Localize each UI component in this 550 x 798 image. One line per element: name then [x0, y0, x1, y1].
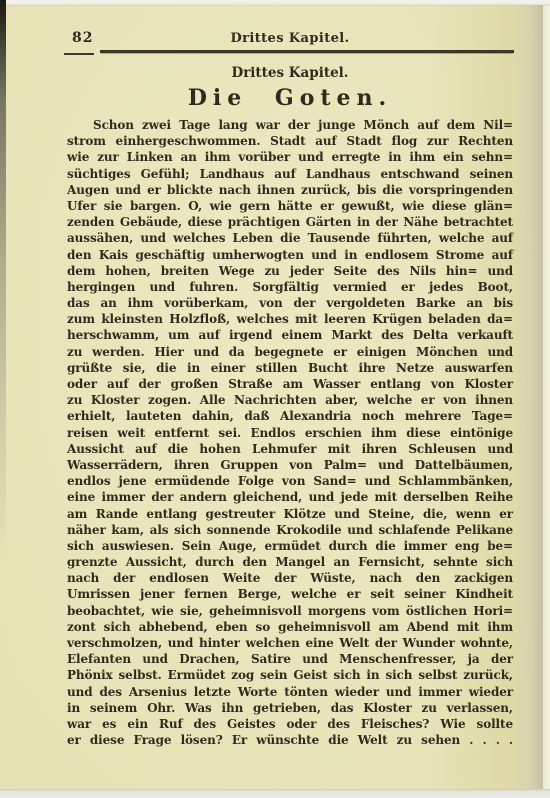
text-line: grenzte Aussicht, durch den Mangel an Fe…: [67, 554, 513, 570]
text-line: hergingen und fuhren. Sorgfältig vermied…: [67, 279, 513, 295]
scanned-book-page: { "colors": { "page_background": "#e9e6b…: [0, 0, 550, 798]
text-line: Augen und er blickte nach ihnen zurück, …: [67, 182, 513, 198]
text-line: süchtiges Gefühl; Landhaus auf Landhaus …: [67, 166, 513, 182]
text-line: Aussicht auf die hohen Lehmufer mit ihre…: [67, 441, 513, 457]
text-line: wie zur Linken an ihm vorüber und erregt…: [67, 149, 513, 165]
text-line: Umrissen jener fernen Berge, welche er s…: [67, 586, 513, 602]
text-line: Elefanten und Drachen, Satire und Mensch…: [67, 651, 513, 667]
scan-right-shadow: [513, 5, 543, 789]
text-line: zum kleinsten Holzfloß, welches mit leer…: [67, 311, 513, 327]
body-text: Schon zwei Tage lang war der junge Mönch…: [67, 117, 513, 748]
text-line: Schon zwei Tage lang war der junge Mönch…: [67, 117, 513, 133]
text-line: war es ein Ruf des Geistes oder des Flei…: [67, 716, 513, 732]
text-line: nach der endlosen Weite der Wüste, nach …: [67, 570, 513, 586]
scan-bottom-margin: [0, 789, 550, 798]
text-line: dem hohen, breiten Wege zu jeder Seite d…: [67, 263, 513, 279]
header-rule-short: [64, 53, 94, 55]
text-line: strom einhergeschwommen. Stadt auf Stadt…: [67, 133, 513, 149]
text-line: Ufer sie bargen. O, wie gern hätte er ge…: [67, 198, 513, 214]
text-line: und des Arsenius letzte Worte tönten wie…: [67, 684, 513, 700]
scan-top-margin: [0, 0, 550, 6]
text-line: grüßte sie, die in einer stillen Bucht i…: [67, 360, 513, 376]
text-line: sich auswiesen. Sein Auge, ermüdet durch…: [67, 538, 513, 554]
book-page: 82 Drittes Kapitel. Drittes Kapitel. Die…: [0, 5, 550, 789]
text-line: aussähen, und welches Leben die Tausende…: [67, 230, 513, 246]
text-line: eine immer der andern gleichend, und jed…: [67, 489, 513, 505]
chapter-heading: Drittes Kapitel.: [66, 65, 514, 81]
text-line: er diese Frage lösen? Er wünschte die We…: [67, 732, 513, 748]
text-line: am Rande entlang gestreuter Klötze und S…: [67, 506, 513, 522]
text-line: Wasserrädern, ihren Gruppen von Palm= un…: [67, 457, 513, 473]
text-line: zont sich abhebend, eben so geheimnisvol…: [67, 619, 513, 635]
text-line: herschwamm, um auf irgend einem Markt de…: [67, 327, 513, 343]
text-line: oder auf der großen Straße am Wasser ent…: [67, 376, 513, 392]
text-line: näher kam, als sich sonnende Krokodile u…: [67, 522, 513, 538]
text-line: verschmolzen, und hinter welchen eine We…: [67, 635, 513, 651]
text-line: beobachtet, wie sie, geheimnisvoll morge…: [67, 603, 513, 619]
running-header-title: Drittes Kapitel.: [66, 31, 514, 46]
text-line: in seinem Ohr. Was ihn getrieben, das Kl…: [67, 700, 513, 716]
header-rule: [100, 50, 514, 53]
text-line: reisen weit entfernt sei. Endlos erschie…: [67, 425, 513, 441]
scan-left-edge: [0, 0, 6, 560]
text-line: zenden Gebäude, diese prächtigen Gärten …: [67, 214, 513, 230]
text-line: zu werden. Hier und da begegnete er eini…: [67, 344, 513, 360]
text-line: Phönix selbst. Ermüdet zog sein Geist si…: [67, 667, 513, 683]
text-line: den Kais geschäftig umherwogten und in e…: [67, 247, 513, 263]
chapter-title: Die Goten.: [66, 85, 514, 111]
text-line: das an ihm vorüberkam, von der vergoldet…: [67, 295, 513, 311]
scan-right-margin: [543, 5, 550, 789]
text-line: erhielt, lauteten dahin, daß Alexandria …: [67, 408, 513, 424]
text-line: zu Kloster zogen. Alle Nachrichten aber,…: [67, 392, 513, 408]
text-line: endlos jene ermüdende Folge von Sand= un…: [67, 473, 513, 489]
